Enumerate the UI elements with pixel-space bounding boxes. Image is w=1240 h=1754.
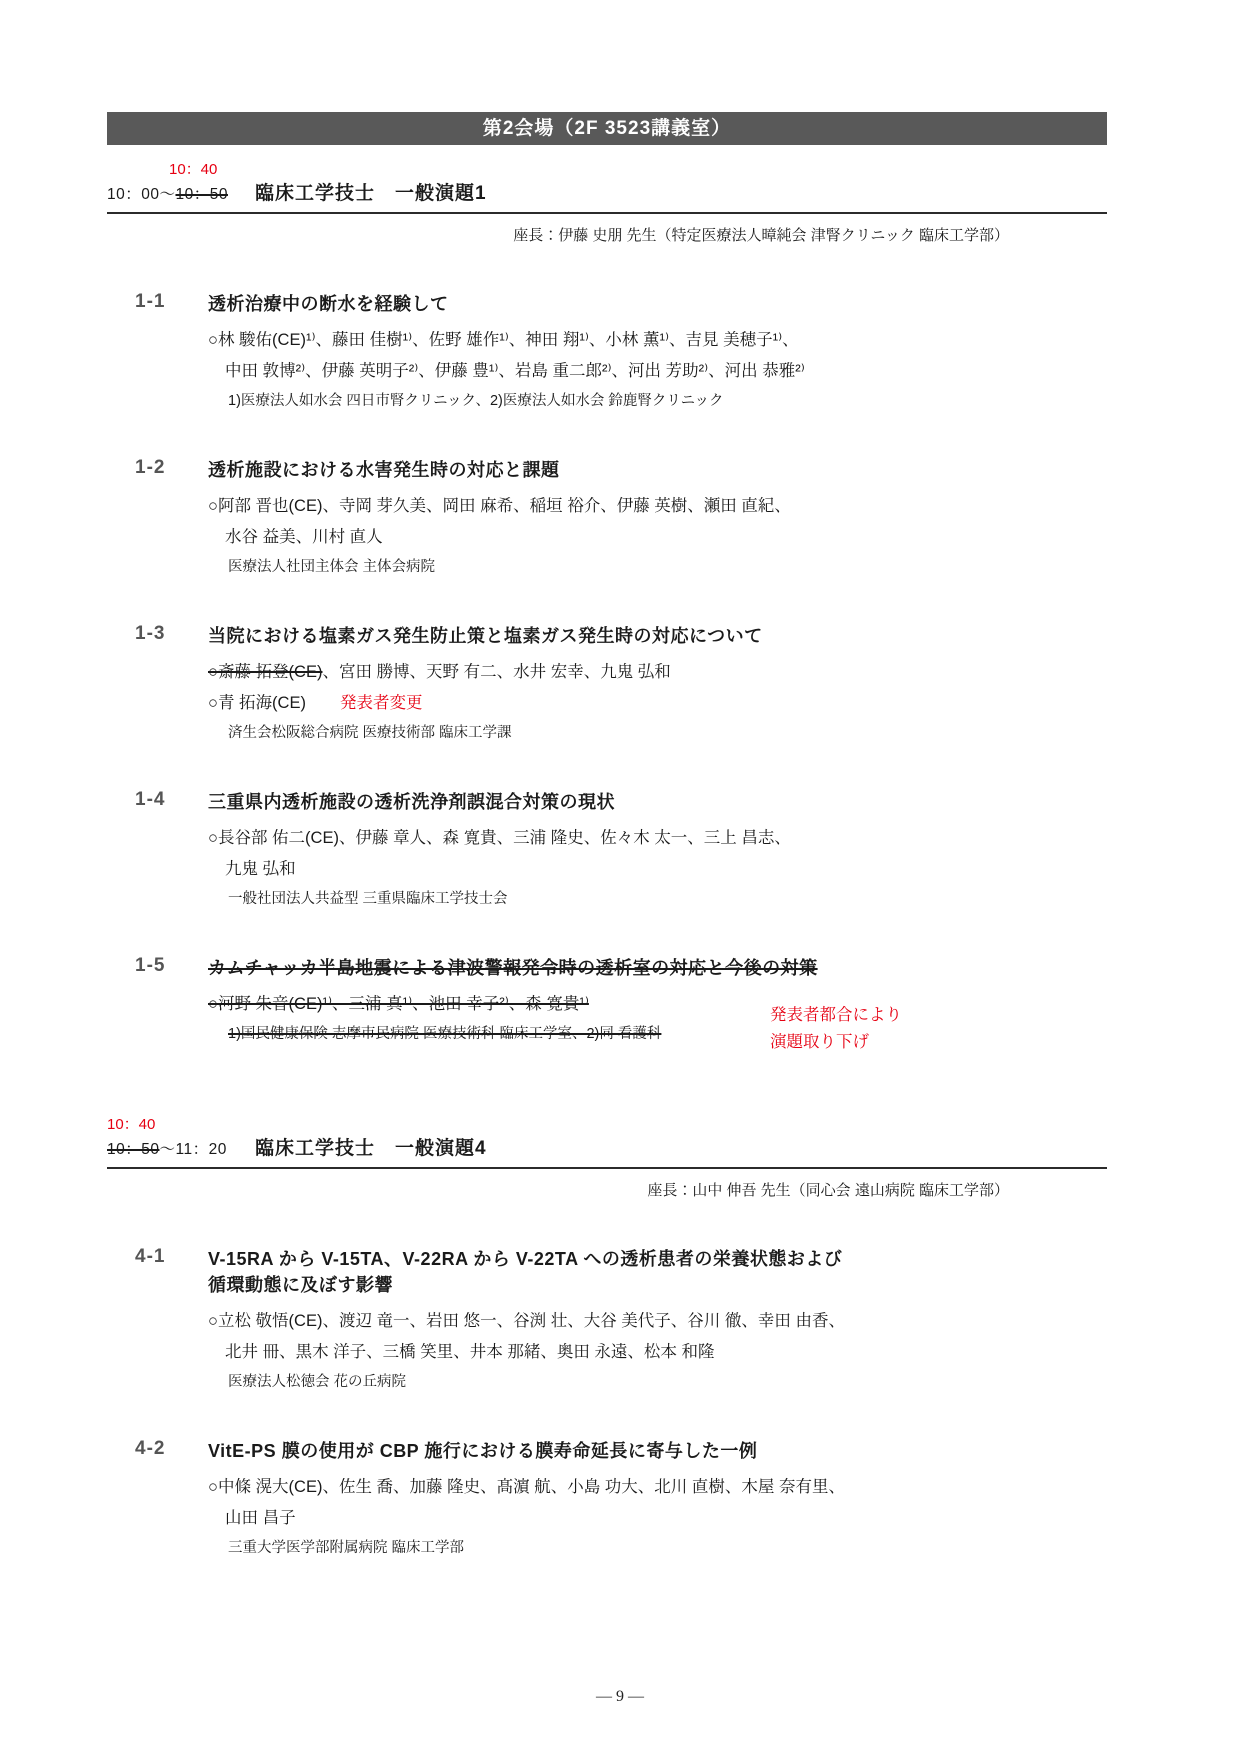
presentation-4-2-affiliation: 三重大学医学部附属病院 臨床工学部 [208, 1538, 1107, 1558]
withdrawal-note: 発表者都合により 演題取り下げ [770, 1002, 902, 1056]
withdrawal-note-line1: 発表者都合により [770, 1002, 902, 1029]
authors-line: 九鬼 弘和 [208, 854, 1107, 885]
presentation-4-1-authors: ○立松 敬悟(CE)、渡辺 竜一、岩田 悠一、谷渕 壮、大谷 美代子、谷川 徹、… [208, 1306, 1107, 1368]
session-1-time: 10：00～10：50 [107, 182, 255, 204]
presentation-1-2: 1-2 透析施設における水害発生時の対応と課題 ○阿部 晋也(CE)、寺岡 芽久… [107, 457, 1107, 577]
presentation-1-1: 1-1 透析治療中の断水を経験して ○林 駿佑(CE)¹⁾、藤田 佳樹¹⁾、佐野… [107, 291, 1107, 411]
authors-line: ○長谷部 佑二(CE)、伊藤 章人、森 寛貴、三浦 隆史、佐々木 太一、三上 昌… [208, 823, 1107, 854]
presentation-1-2-affiliation: 医療法人社団主体会 主体会病院 [208, 557, 1107, 577]
presentation-1-1-title: 透析治療中の断水を経験して [208, 291, 1107, 317]
presentation-4-2-number: 4-2 [107, 1438, 208, 1558]
title-line: 循環動態に及ぼす影響 [208, 1272, 1107, 1298]
presentation-1-3-title: 当院における塩素ガス発生防止策と塩素ガス発生時の対応について [208, 623, 1107, 649]
presentation-1-5-affiliation: 1)国民健康保険 志摩市民病院 医療技術科 臨床工学室、2)同 看護科 [208, 1024, 1107, 1044]
presentation-4-1-title: V-15RA から V-15TA、V-22RA から V-22TA への透析患者… [208, 1246, 1107, 1298]
presenter-change-note: 発表者変更 [340, 694, 423, 712]
session-4-title-row: 10：50～11：20 臨床工学技士 一般演題4 [107, 1133, 1107, 1169]
presentation-1-3: 1-3 当院における塩素ガス発生防止策と塩素ガス発生時の対応について ○斎藤 拓… [107, 623, 1107, 743]
session-1-title: 臨床工学技士 一般演題1 [255, 178, 487, 205]
presentation-4-2-title: VitE-PS 膜の使用が CBP 施行における膜寿命延長に寄与した一例 [208, 1438, 1107, 1464]
presentation-1-4-affiliation: 一般社団法人共益型 三重県臨床工学技士会 [208, 889, 1107, 909]
session-4-header: 10：40 10：50～11：20 臨床工学技士 一般演題4 座長：山中 伸吾 … [107, 1116, 1107, 1200]
presentation-4-2-authors: ○中條 滉大(CE)、佐生 喬、加藤 隆史、髙濵 航、小島 功大、北川 直樹、木… [208, 1472, 1107, 1534]
presentation-4-1-number: 4-1 [107, 1246, 208, 1392]
authors-line: ○斎藤 拓登(CE)、宮田 勝博、天野 有二、水井 宏幸、九鬼 弘和 [208, 657, 1107, 688]
presentation-1-3-affiliation: 済生会松阪総合病院 医療技術部 臨床工学課 [208, 723, 1107, 743]
session-1-chair: 座長：伊藤 史朋 先生（特定医療法人暲純会 津腎クリニック 臨床工学部） [107, 224, 1107, 245]
authors-line: 水谷 益美、川村 直人 [208, 522, 1107, 553]
presentation-1-1-authors: ○林 駿佑(CE)¹⁾、藤田 佳樹¹⁾、佐野 雄作¹⁾、神田 翔¹⁾、小林 薫¹… [208, 325, 1107, 387]
presentation-1-3-number: 1-3 [107, 623, 208, 743]
session-4-time-suffix: ～11：20 [159, 1141, 226, 1158]
session-1-time-struck: 10：50 [175, 186, 227, 203]
authors-line: ○中條 滉大(CE)、佐生 喬、加藤 隆史、髙濵 航、小島 功大、北川 直樹、木… [208, 1472, 1107, 1503]
presentation-4-1-affiliation: 医療法人松徳会 花の丘病院 [208, 1372, 1107, 1392]
struck-presenter: ○斎藤 拓登(CE) [208, 663, 322, 681]
page-number: ― 9 ― [0, 1688, 1240, 1706]
presentation-1-1-affiliation: 1)医療法人如水会 四日市腎クリニック、2)医療法人如水会 鈴鹿腎クリニック [208, 391, 1107, 411]
presentation-1-1-number: 1-1 [107, 291, 208, 411]
authors-rest: 、宮田 勝博、天野 有二、水井 宏幸、九鬼 弘和 [322, 663, 670, 681]
program-page: 第2会場（2F 3523講義室） 10：40 10：00～10：50 臨床工学技… [0, 112, 1240, 1558]
presentation-1-4: 1-4 三重県内透析施設の透析洗浄剤誤混合対策の現状 ○長谷部 佑二(CE)、伊… [107, 789, 1107, 909]
new-presenter: ○青 拓海(CE) [208, 694, 306, 712]
session-4-chair: 座長：山中 伸吾 先生（同心会 遠山病院 臨床工学部） [107, 1179, 1107, 1200]
session-4-title: 臨床工学技士 一般演題4 [255, 1133, 487, 1160]
session-4-time-struck: 10：50 [107, 1141, 159, 1158]
presentation-4-2: 4-2 VitE-PS 膜の使用が CBP 施行における膜寿命延長に寄与した一例… [107, 1438, 1107, 1558]
session-4-time: 10：50～11：20 [107, 1137, 255, 1159]
authors-line: ○林 駿佑(CE)¹⁾、藤田 佳樹¹⁾、佐野 雄作¹⁾、神田 翔¹⁾、小林 薫¹… [208, 325, 1107, 356]
presentation-1-5-authors: ○河野 朱音(CE)¹⁾、三浦 真¹⁾、池田 幸子²⁾、森 寛貴¹⁾ [208, 989, 1107, 1020]
presentation-1-4-number: 1-4 [107, 789, 208, 909]
authors-line: ○立松 敬悟(CE)、渡辺 竜一、岩田 悠一、谷渕 壮、大谷 美代子、谷川 徹、… [208, 1306, 1107, 1337]
authors-line: ○阿部 晋也(CE)、寺岡 芽久美、岡田 麻希、稲垣 裕介、伊藤 英樹、瀬田 直… [208, 491, 1107, 522]
title-line: V-15RA から V-15TA、V-22RA から V-22TA への透析患者… [208, 1246, 1107, 1272]
presentation-1-5: 1-5 カムチャッカ半島地震による津波警報発令時の透析室の対応と今後の対策 ○河… [107, 955, 1107, 1044]
presentation-4-1: 4-1 V-15RA から V-15TA、V-22RA から V-22TA への… [107, 1246, 1107, 1392]
presentation-1-5-title: カムチャッカ半島地震による津波警報発令時の透析室の対応と今後の対策 [208, 955, 1107, 981]
authors-line: 北井 冊、黒木 洋子、三橋 笑里、井本 那緒、奥田 永遠、松本 和隆 [208, 1337, 1107, 1368]
session-1-header: 10：40 10：00～10：50 臨床工学技士 一般演題1 座長：伊藤 史朋 … [107, 161, 1107, 245]
session-1-revised-time: 10：40 [107, 161, 1107, 178]
authors-line: ○青 拓海(CE)発表者変更 [208, 688, 1107, 719]
presentation-1-3-authors: ○斎藤 拓登(CE)、宮田 勝博、天野 有二、水井 宏幸、九鬼 弘和 ○青 拓海… [208, 657, 1107, 719]
presentation-1-2-title: 透析施設における水害発生時の対応と課題 [208, 457, 1107, 483]
presentation-1-2-number: 1-2 [107, 457, 208, 577]
authors-line: 中田 敦博²⁾、伊藤 英明子²⁾、伊藤 豊¹⁾、岩島 重二郎²⁾、河出 芳助²⁾… [208, 356, 1107, 387]
withdrawal-note-line2: 演題取り下げ [770, 1029, 902, 1056]
presentation-1-4-title: 三重県内透析施設の透析洗浄剤誤混合対策の現状 [208, 789, 1107, 815]
authors-line: ○河野 朱音(CE)¹⁾、三浦 真¹⁾、池田 幸子²⁾、森 寛貴¹⁾ [208, 989, 1107, 1020]
presentation-1-4-authors: ○長谷部 佑二(CE)、伊藤 章人、森 寛貴、三浦 隆史、佐々木 太一、三上 昌… [208, 823, 1107, 885]
session-1-title-row: 10：00～10：50 臨床工学技士 一般演題1 [107, 178, 1107, 214]
presentation-1-5-number: 1-5 [107, 955, 208, 1044]
session-4-revised-time: 10：40 [107, 1116, 1107, 1133]
authors-line: 山田 昌子 [208, 1503, 1107, 1534]
venue-header-bar: 第2会場（2F 3523講義室） [107, 112, 1107, 145]
presentation-1-2-authors: ○阿部 晋也(CE)、寺岡 芽久美、岡田 麻希、稲垣 裕介、伊藤 英樹、瀬田 直… [208, 491, 1107, 553]
session-1-time-prefix: 10：00～ [107, 186, 175, 203]
